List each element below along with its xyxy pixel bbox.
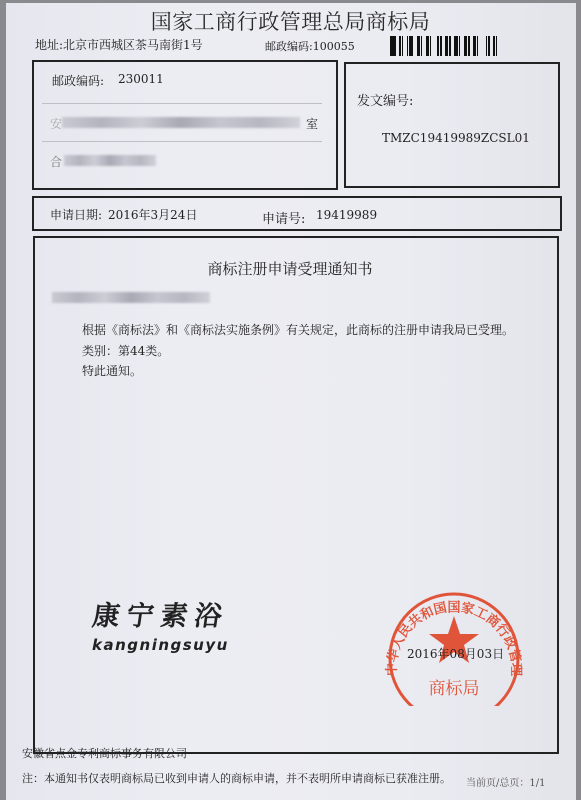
notice-title: 商标注册申请受理通知书	[0, 258, 580, 279]
document-number-value: TMZC19419989ZCSL01	[382, 131, 530, 145]
agency-name: 安徽省点金专利商标事务有限公司	[22, 745, 187, 761]
application-date-value: 2016年3月24日	[108, 206, 197, 223]
seal-date: 2016年08月03日	[407, 645, 504, 662]
redacted-address	[62, 117, 300, 128]
trademark-pinyin: kangningsuyu	[92, 636, 229, 654]
divider	[42, 103, 322, 104]
recipient-postal-value: 230011	[118, 72, 164, 86]
footer-note: 注：本通知书仅表明商标局已收到申请人的商标申请，并不表明所申请商标已获准注册。	[22, 770, 451, 786]
page-indicator: 当前页/总页：1/1	[466, 774, 545, 789]
notice-body: 根据《商标法》和《商标法实施条例》有关规定，此商标的注册申请我局已受理。	[82, 321, 514, 338]
redacted-name	[64, 155, 156, 166]
redacted-applicant	[52, 292, 210, 303]
trademark-chinese: 康宁素浴	[90, 594, 231, 633]
issuer-postal-code: 邮政编码:100055	[265, 38, 355, 54]
notice-closing: 特此通知。	[82, 362, 142, 379]
barcode-icon	[390, 36, 550, 56]
recipient-address-start: 安	[50, 115, 62, 132]
issuer-title: 国家工商行政管理总局商标局	[0, 6, 581, 36]
svg-text:商标局: 商标局	[429, 679, 480, 699]
document-number-label: 发文编号:	[357, 90, 413, 109]
notice-category: 类别：第44类。	[82, 342, 169, 359]
document-number-box	[344, 62, 560, 188]
recipient-name-start: 合	[50, 153, 62, 170]
issuer-address: 地址:北京市西城区茶马南街1号	[35, 36, 203, 53]
recipient-address-end: 室	[306, 115, 318, 132]
divider	[42, 141, 322, 142]
recipient-postal-label: 邮政编码:	[52, 72, 104, 89]
application-date-label: 申请日期:	[50, 206, 102, 223]
application-number-label: 申请号:	[262, 208, 305, 227]
application-number-value: 19419989	[316, 208, 377, 222]
